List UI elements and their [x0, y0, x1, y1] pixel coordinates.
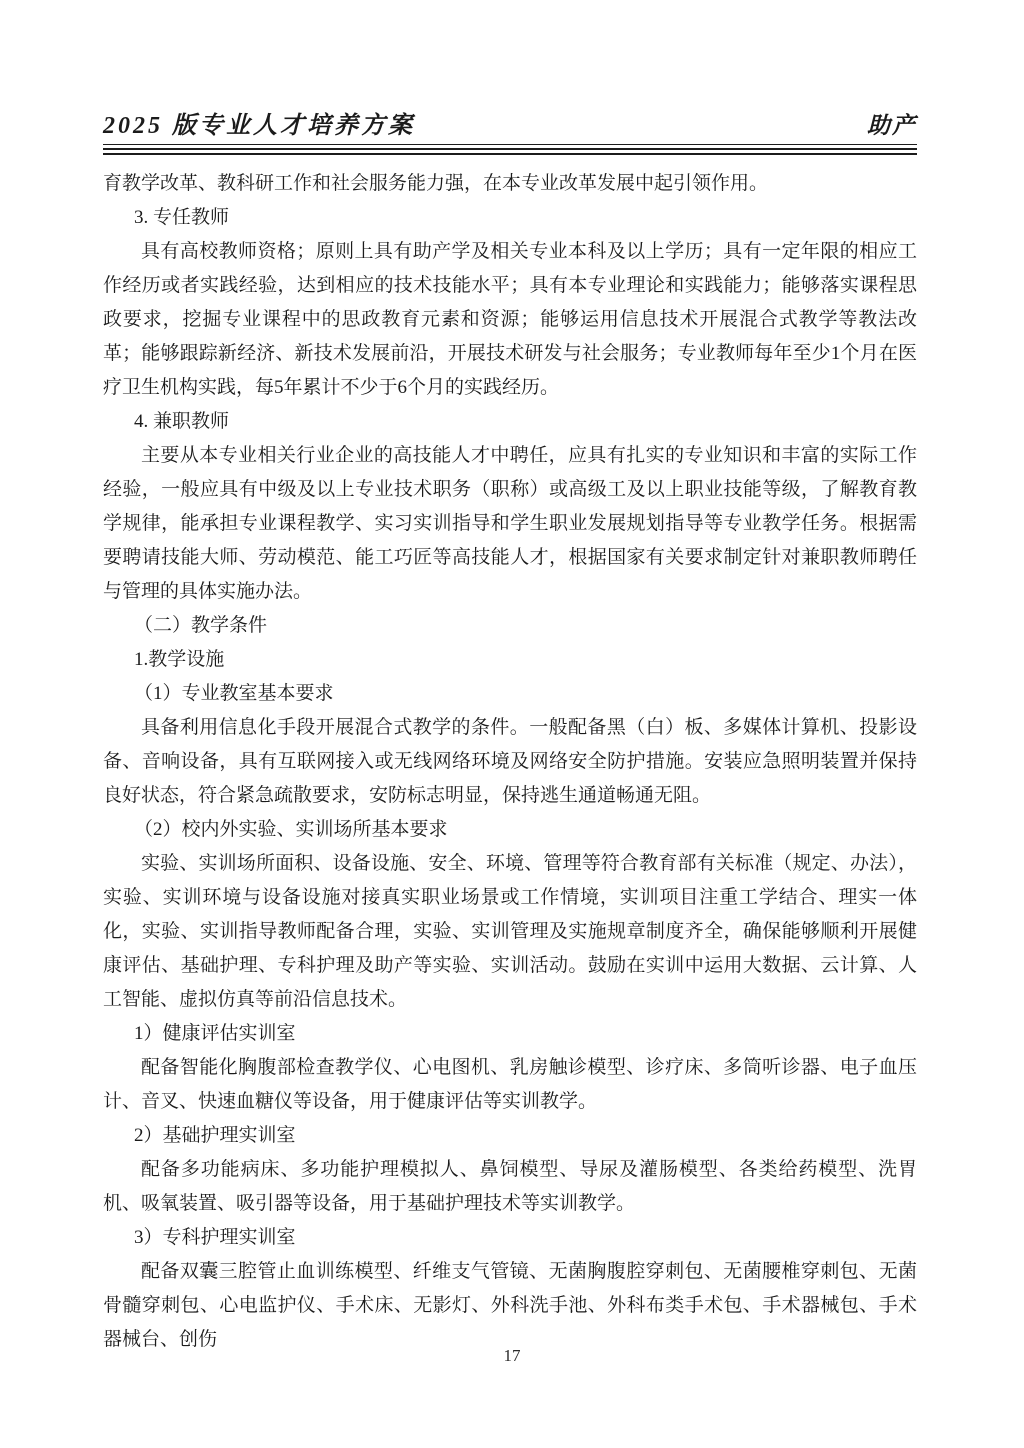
page-number: 17 [504, 1346, 521, 1365]
section-heading: 4. 兼职教师 [103, 405, 917, 439]
section-heading: 1）健康评估实训室 [103, 1017, 917, 1051]
body-paragraph: 实验、实训场所面积、设备设施、安全、环境、管理等符合教育部有关标准（规定、办法）… [103, 847, 917, 1017]
body-paragraph: 配备智能化胸腹部检查教学仪、心电图机、乳房触诊模型、诊疗床、多筒听诊器、电子血压… [103, 1051, 917, 1119]
body-paragraph: 主要从本专业相关行业企业的高技能人才中聘任，应具有扎实的专业知识和丰富的实际工作… [103, 439, 917, 609]
body-paragraph: 具备利用信息化手段开展混合式教学的条件。一般配备黑（白）板、多媒体计算机、投影设… [103, 711, 917, 813]
header-program-label: 助产 [867, 112, 917, 140]
section-heading: （2）校内外实验、实训场所基本要求 [103, 813, 917, 847]
section-heading: 1.教学设施 [103, 643, 917, 677]
header-row: 2025 版专业人才培养方案 助产 [103, 112, 917, 145]
document-header: 2025 版专业人才培养方案 助产 [103, 112, 917, 155]
section-heading: 3）专科护理实训室 [103, 1221, 917, 1255]
document-body: 育教学改革、教科研工作和社会服务能力强，在本专业改革发展中起引领作用。3. 专任… [103, 167, 917, 1357]
section-heading: 3. 专任教师 [103, 201, 917, 235]
document-page: 2025 版专业人才培养方案 助产 育教学改革、教科研工作和社会服务能力强，在本… [0, 0, 1024, 1448]
header-title: 2025 版专业人才培养方案 [103, 112, 415, 140]
body-paragraph: 配备双囊三腔管止血训练模型、纤维支气管镜、无菌胸腹腔穿刺包、无菌腰椎穿刺包、无菌… [103, 1255, 917, 1357]
header-double-rule [103, 148, 917, 155]
section-heading: 2）基础护理实训室 [103, 1119, 917, 1153]
body-paragraph: 具有高校教师资格；原则上具有助产学及相关专业本科及以上学历；具有一定年限的相应工… [103, 235, 917, 405]
section-heading: （1）专业教室基本要求 [103, 677, 917, 711]
section-heading: （二）教学条件 [103, 609, 917, 643]
continuation-paragraph: 育教学改革、教科研工作和社会服务能力强，在本专业改革发展中起引领作用。 [103, 167, 917, 201]
page-footer: 17 [0, 1346, 1024, 1366]
body-paragraph: 配备多功能病床、多功能护理模拟人、鼻饲模型、导尿及灌肠模型、各类给药模型、洗胃机… [103, 1153, 917, 1221]
